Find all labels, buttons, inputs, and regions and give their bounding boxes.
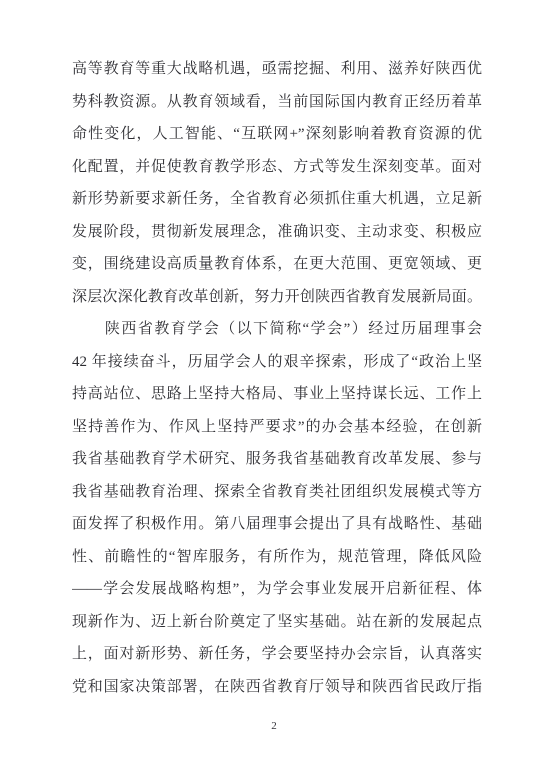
text-line: 深层次深化教育改革创新，努力开创陕西省教育发展新局面。 bbox=[72, 281, 482, 314]
text-line: 势科教资源。从教育领域看，当前国际国内教育正经历着革 bbox=[72, 86, 482, 119]
text-line: 党和国家决策部署，在陕西省教育厅领导和陕西省民政厅指 bbox=[72, 671, 482, 704]
text-line: 持高站位、思路上坚持大格局、事业上坚持谋长远、工作上 bbox=[72, 378, 482, 411]
document-page: 高等教育等重大战略机遇，亟需挖掘、利用、滋养好陕西优势科教资源。从教育领域看，当… bbox=[0, 0, 548, 768]
text-line: 化配置，并促使教育教学形态、方式等发生深刻变革。面对 bbox=[72, 151, 482, 184]
page-number: 2 bbox=[271, 719, 277, 733]
text-line: 上，面对新形势、新任务，学会要坚持办会宗旨，认真落实 bbox=[72, 638, 482, 671]
text-line: 现新作为、迈上新台阶奠定了坚实基础。站在新的发展起点 bbox=[72, 606, 482, 639]
page-footer: 2 bbox=[0, 716, 548, 734]
text-line: 发展阶段，贯彻新发展理念，准确识变、主动求变、积极应 bbox=[72, 216, 482, 249]
text-line: ——学会发展战略构想”，为学会事业发展开启新征程、体 bbox=[72, 573, 482, 606]
text-line: 我省基础教育治理、探索全省教育类社团组织发展模式等方 bbox=[72, 476, 482, 509]
text-line: 我省基础教育学术研究、服务我省基础教育改革发展、参与 bbox=[72, 443, 482, 476]
text-line: 命性变化，人工智能、“互联网+”深刻影响着教育资源的优 bbox=[72, 118, 482, 151]
text-line: 陕西省教育学会（以下简称“学会”）经过历届理事会 bbox=[72, 313, 482, 346]
body-text: 高等教育等重大战略机遇，亟需挖掘、利用、滋养好陕西优势科教资源。从教育领域看，当… bbox=[72, 53, 482, 703]
text-line: 新形势新要求新任务，全省教育必须抓住重大机遇，立足新 bbox=[72, 183, 482, 216]
text-line: 坚持善作为、作风上坚持严要求”的办会基本经验，在创新 bbox=[72, 411, 482, 444]
text-line: 高等教育等重大战略机遇，亟需挖掘、利用、滋养好陕西优 bbox=[72, 53, 482, 86]
text-line: 42 年接续奋斗，历届学会人的艰辛探索，形成了“政治上坚 bbox=[72, 346, 482, 379]
text-line: 性、前瞻性的“智库服务，有所作为，规范管理，降低风险 bbox=[72, 541, 482, 574]
text-line: 变，围绕建设高质量教育体系，在更大范围、更宽领域、更 bbox=[72, 248, 482, 281]
text-line: 面发挥了积极作用。第八届理事会提出了具有战略性、基础 bbox=[72, 508, 482, 541]
